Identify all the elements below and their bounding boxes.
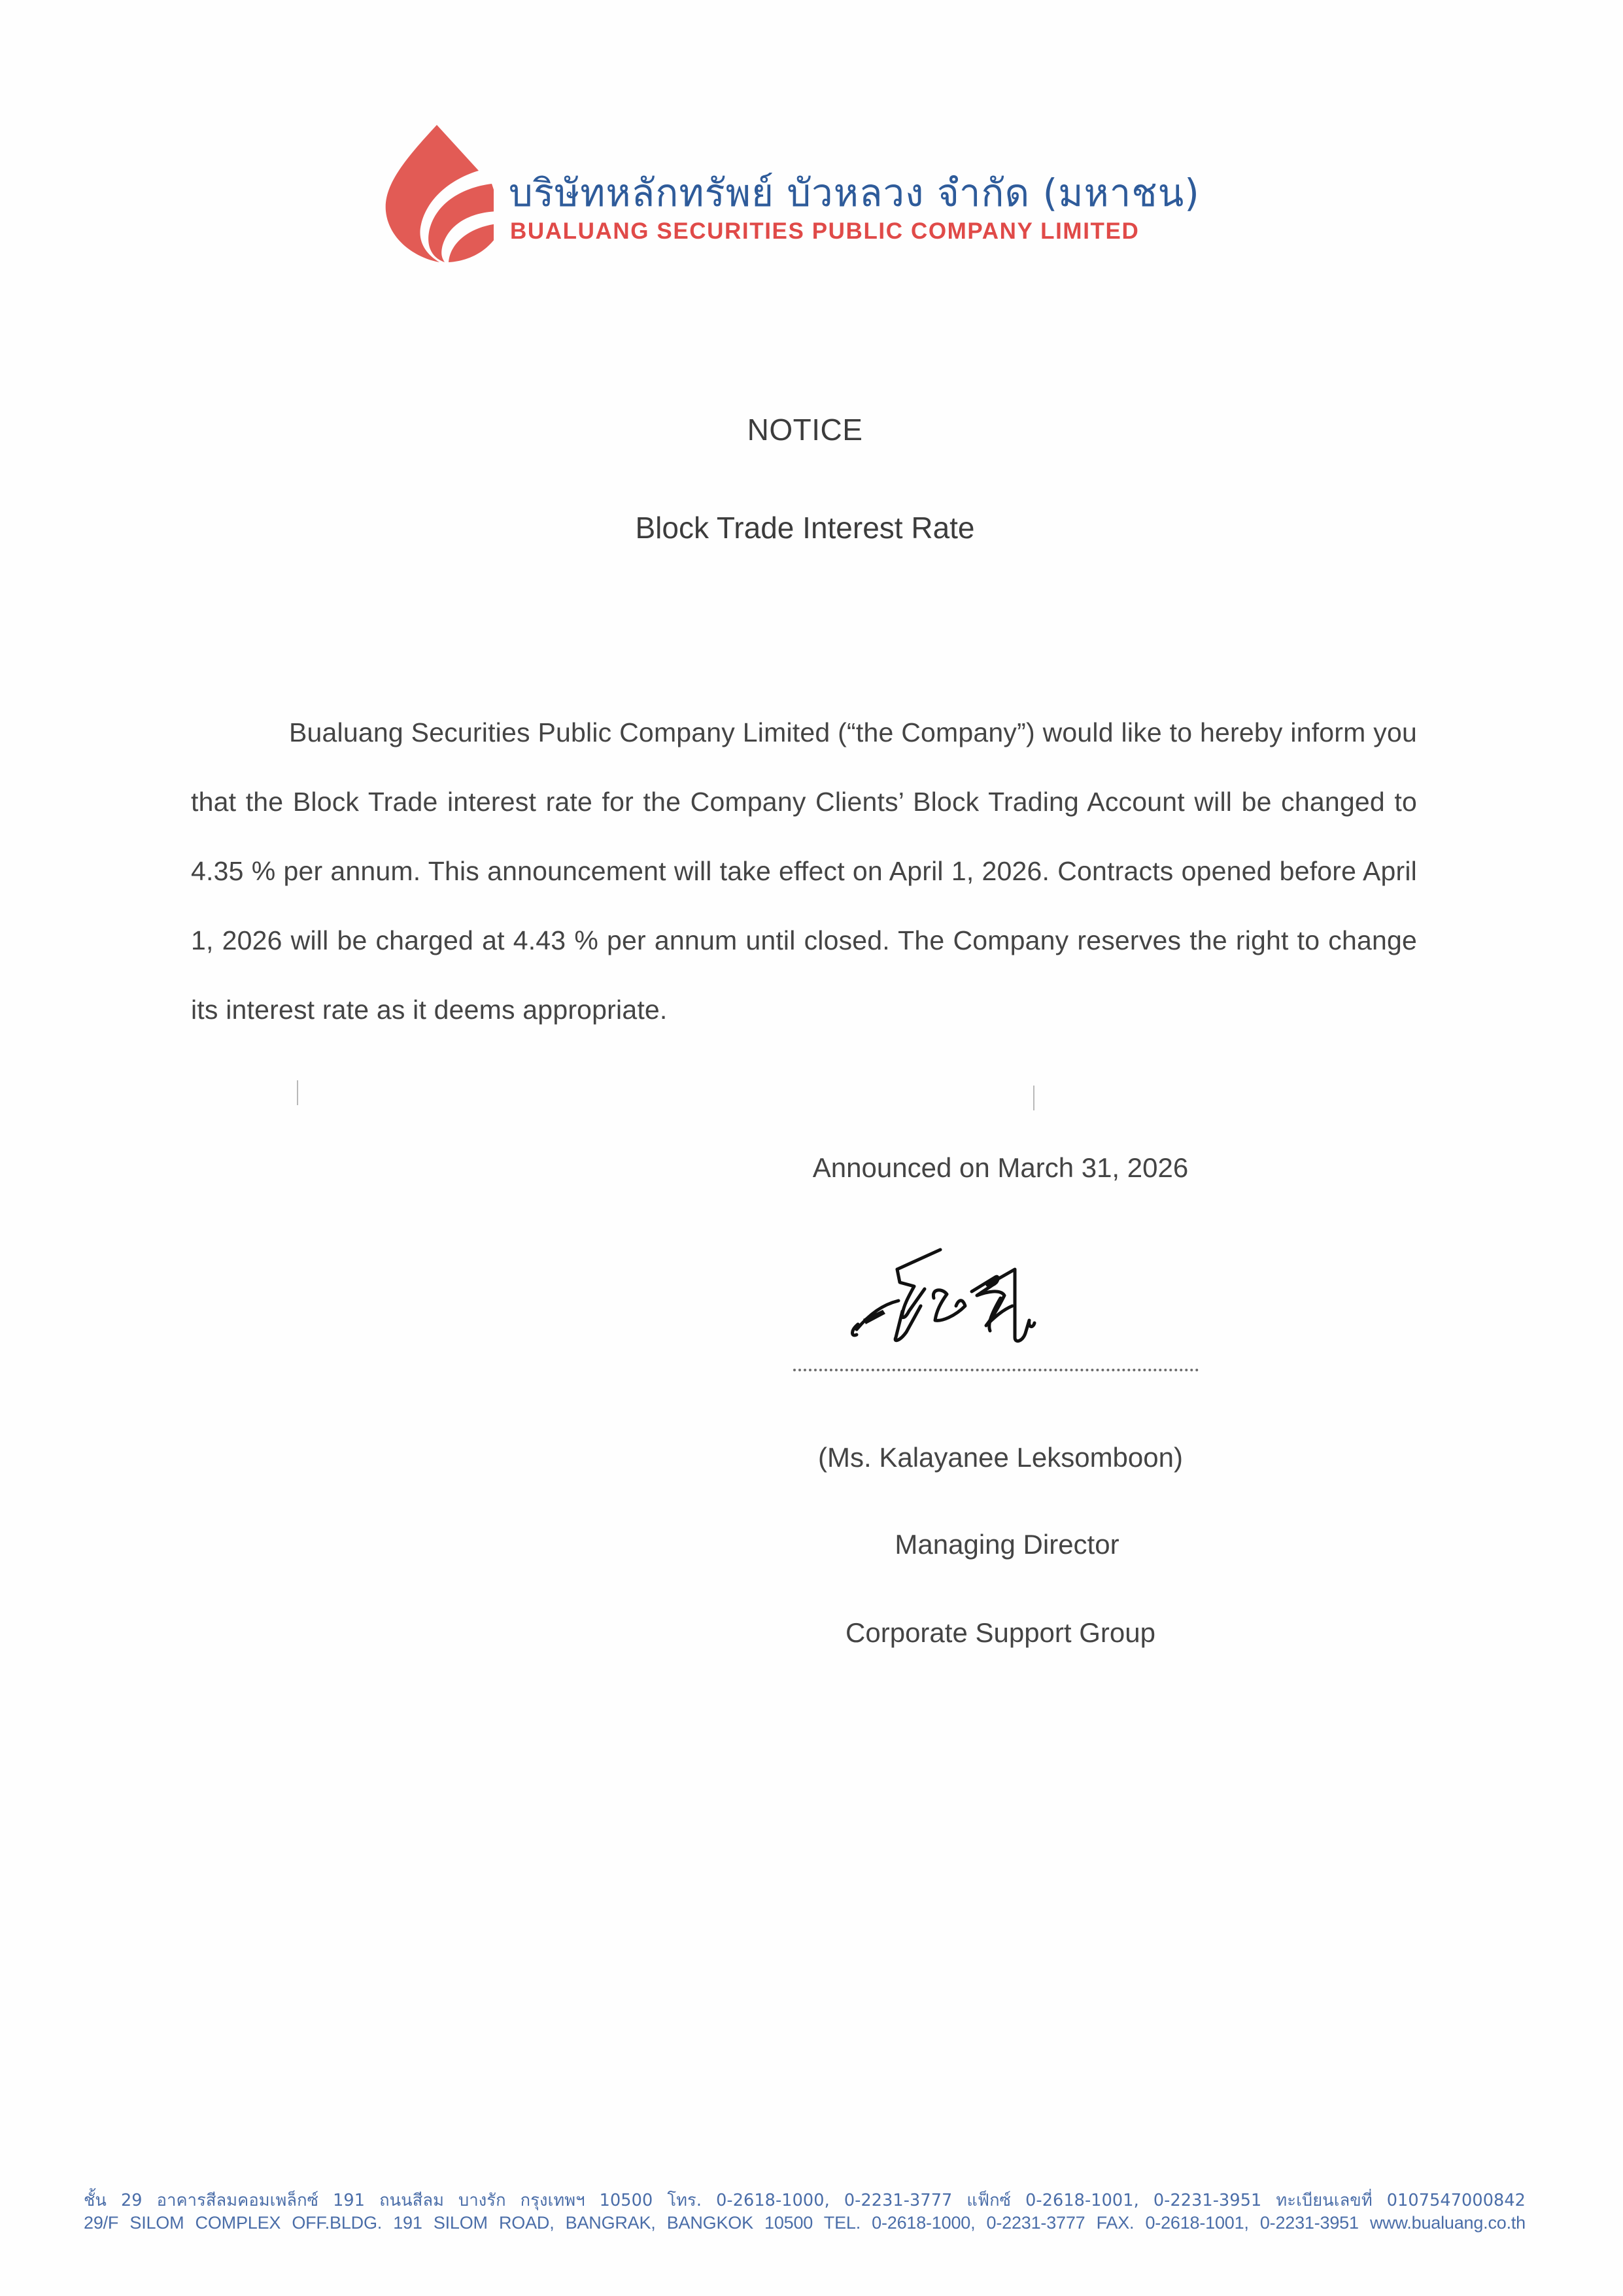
notice-page: บริษัทหลักทรัพย์ บัวหลวง จำกัด (มหาชน) B… <box>0 0 1623 2296</box>
handwritten-signature-icon <box>844 1246 1092 1344</box>
notice-body-paragraph: Bualuang Securities Public Company Limit… <box>191 698 1417 1044</box>
signer-title: Managing Director <box>772 1529 1242 1560</box>
signer-name: (Ms. Kalayanee Leksomboon) <box>778 1442 1223 1473</box>
company-name-thai: บริษัทหลักทรัพย์ บัวหลวง จำกัด (มหาชน) <box>509 174 1200 212</box>
scan-mark <box>297 1080 298 1105</box>
letterhead: บริษัทหลักทรัพย์ บัวหลวง จำกัด (มหาชน) B… <box>379 116 1242 267</box>
signer-group: Corporate Support Group <box>765 1617 1236 1649</box>
notice-title: NOTICE <box>0 412 1610 447</box>
signature-line <box>793 1369 1199 1371</box>
footer-address-thai: ชั้น 29 อาคารสีลมคอมเพล็กซ์ 191 ถนนสีลม … <box>84 2189 1526 2212</box>
notice-subtitle: Block Trade Interest Rate <box>0 510 1610 545</box>
announcement-date: Announced on March 31, 2026 <box>778 1152 1223 1184</box>
scan-mark <box>1033 1086 1034 1110</box>
company-name-english: BUALUANG SECURITIES PUBLIC COMPANY LIMIT… <box>510 220 1139 243</box>
flame-drop-logo-icon <box>379 120 494 264</box>
footer-address-english: 29/F SILOM COMPLEX OFF.BLDG. 191 SILOM R… <box>84 2212 1526 2234</box>
footer-address: ชั้น 29 อาคารสีลมคอมเพล็กซ์ 191 ถนนสีลม … <box>84 2189 1526 2234</box>
